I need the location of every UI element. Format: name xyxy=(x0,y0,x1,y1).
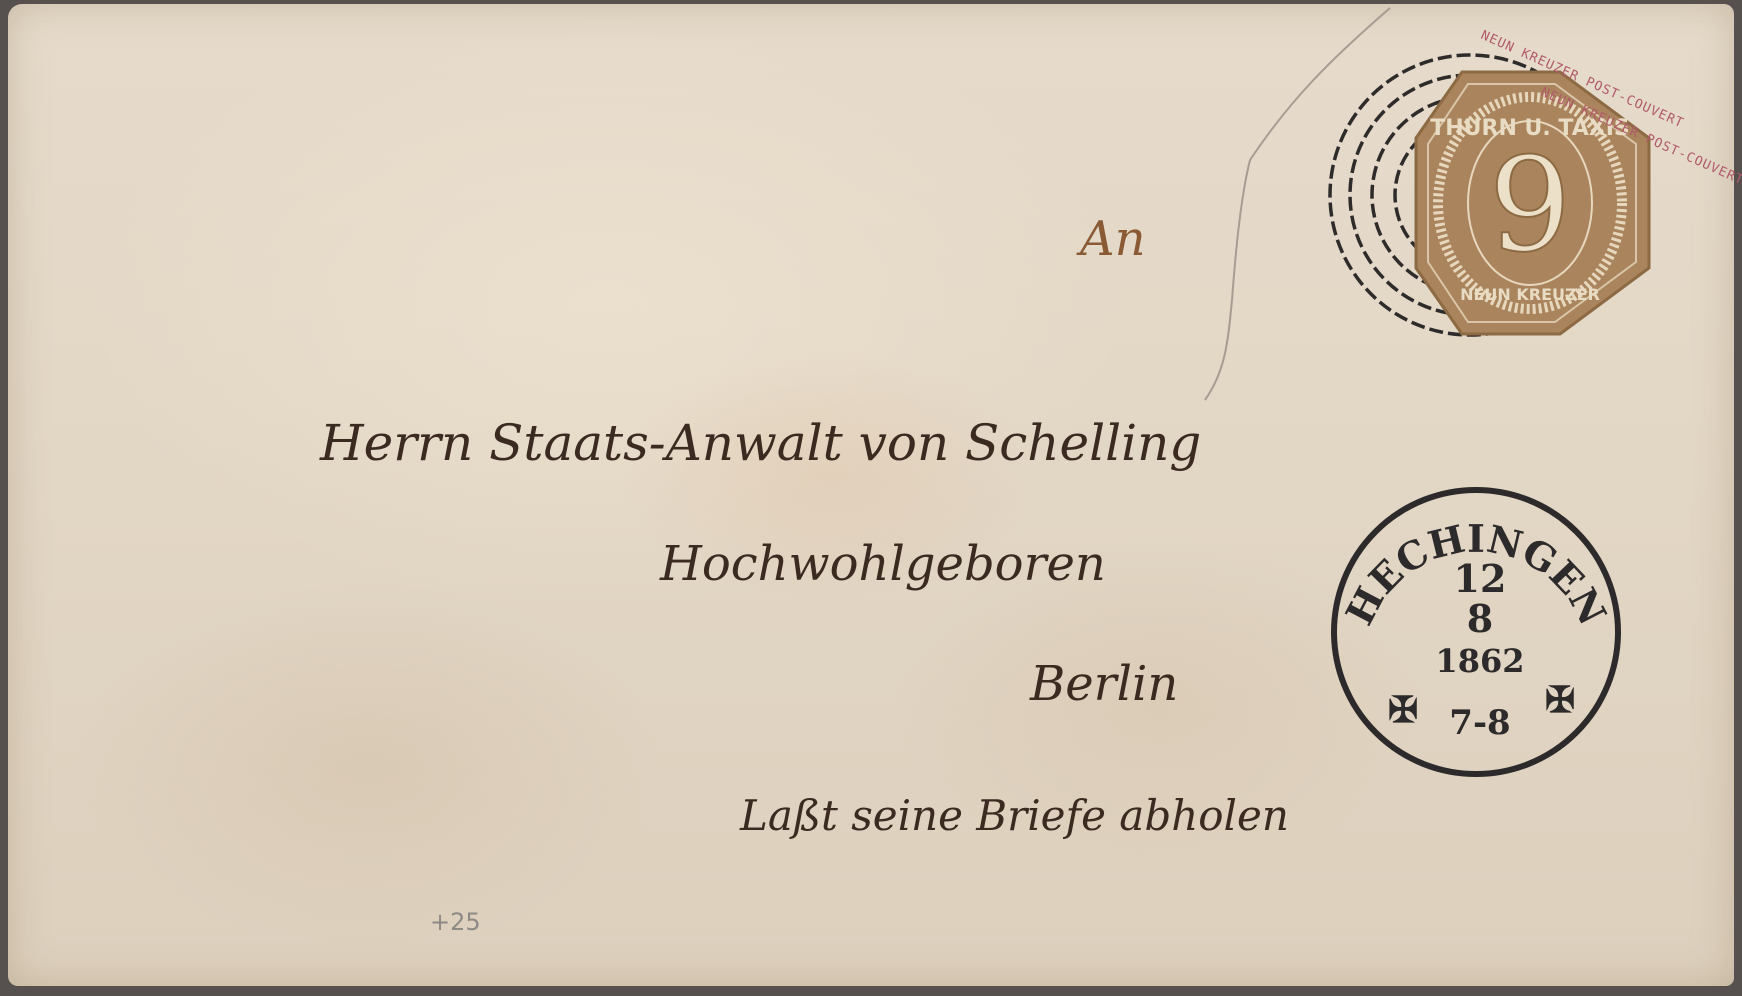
svg-text:9: 9 xyxy=(1489,129,1572,281)
svg-text:Berlin: Berlin xyxy=(1029,656,1178,712)
svg-text:Hochwohlgeboren: Hochwohlgeboren xyxy=(659,536,1106,592)
date-postmark: HECHINGEN 12 8 1862 7-8 ✠ ✠ xyxy=(1334,490,1618,774)
svg-text:An: An xyxy=(1076,211,1146,267)
svg-text:1862: 1862 xyxy=(1435,642,1524,680)
tear-line xyxy=(1205,8,1390,400)
handwritten-address: An Herrn Staats-Anwalt von Schelling Hoc… xyxy=(319,211,1289,840)
svg-text:NEUN KREUZER: NEUN KREUZER xyxy=(1460,285,1600,304)
svg-text:12: 12 xyxy=(1454,556,1507,601)
svg-text:Herrn Staats-Anwalt von Schell: Herrn Staats-Anwalt von Schelling xyxy=(319,414,1201,472)
svg-text:Laßt seine Briefe abholen: Laßt seine Briefe abholen xyxy=(739,791,1289,840)
svg-text:7-8: 7-8 xyxy=(1449,703,1510,743)
stamp-indicium: THURN U. TAXIS 9 NEUN KREUZER xyxy=(1416,72,1649,334)
pencil-note: +25 xyxy=(430,908,481,936)
svg-text:✠: ✠ xyxy=(1388,689,1418,731)
svg-text:8: 8 xyxy=(1467,596,1493,641)
envelope-markings: THURN U. TAXIS 9 NEUN KREUZER NEUN KREUZ… xyxy=(0,0,1742,996)
svg-text:✠: ✠ xyxy=(1545,679,1575,721)
